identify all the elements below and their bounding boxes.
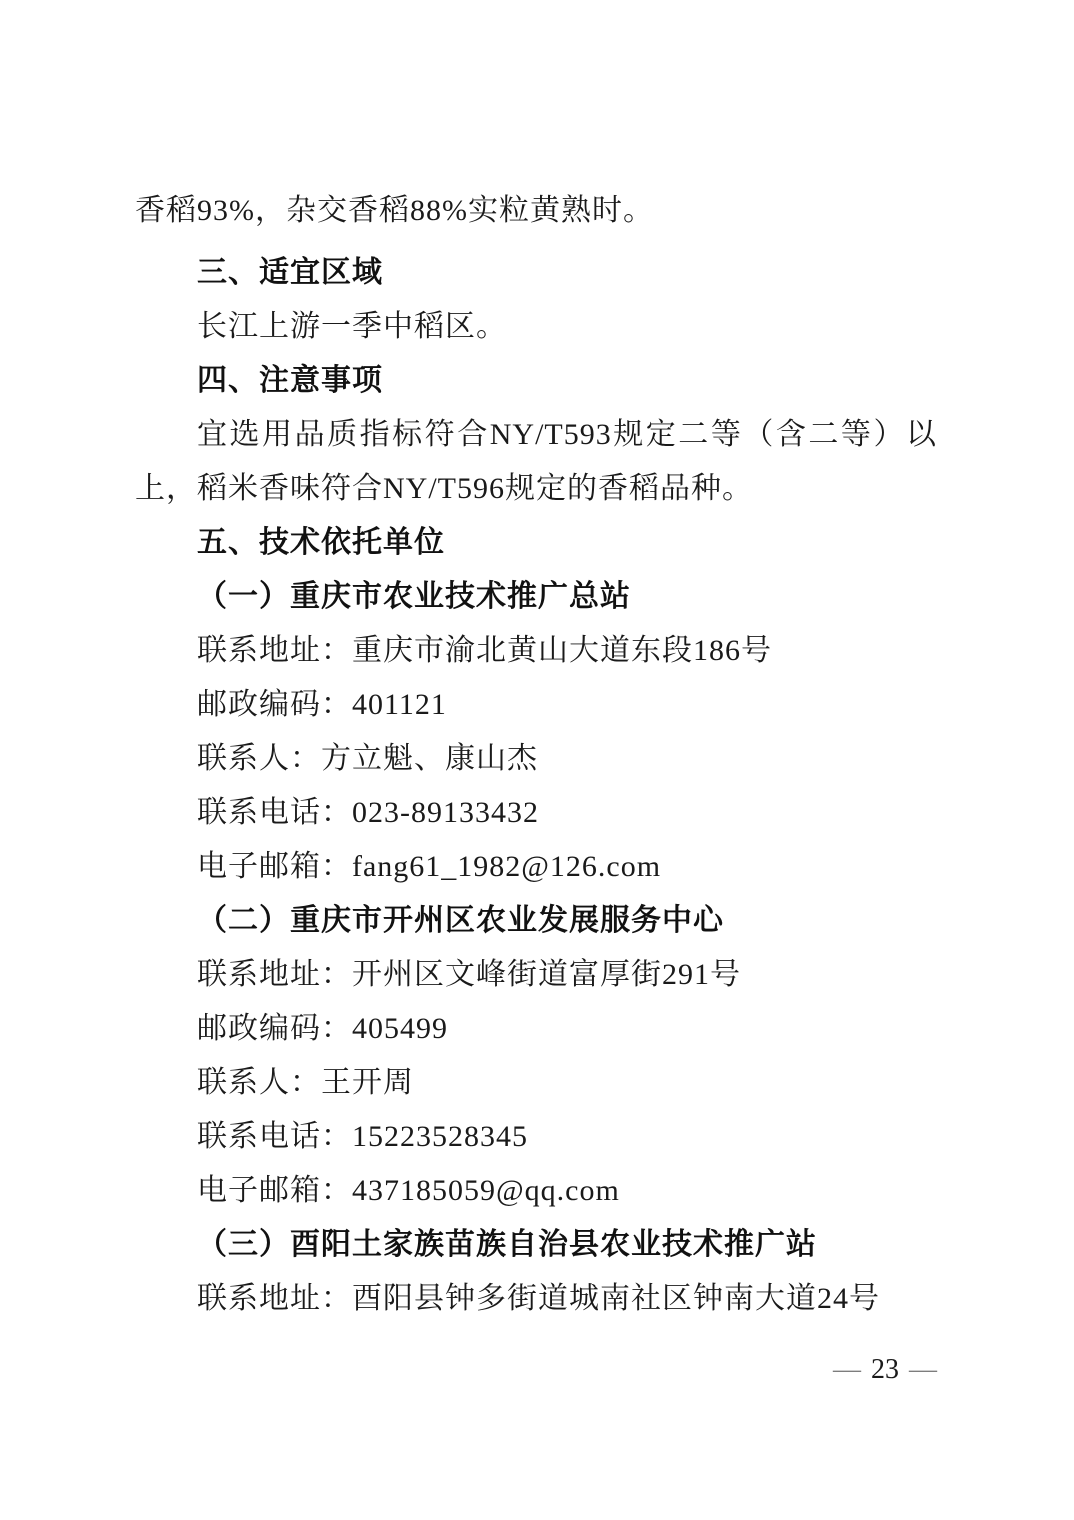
page-number: —23— [833,1350,937,1390]
unit-3-title: （三）酉阳土家族苗族自治县农业技术推广站 [135,1218,937,1272]
document-page: 香稻93%，杂交香稻88%实粒黄熟时。 三、适宜区域 长江上游一季中稻区。 四、… [0,0,1074,1520]
unit-2-postcode: 邮政编码：405499 [135,1002,937,1056]
page-number-dash-left: — [833,1354,861,1385]
heading-section-5-technical-support-units: 五、技术依托单位 [135,516,937,570]
unit-3-address: 联系地址：酉阳县钟多街道城南社区钟南大道24号 [135,1272,937,1326]
unit-2-kaizhou-agri-service-center: （二）重庆市开州区农业发展服务中心 联系地址：开州区文峰街道富厚街291号 邮政… [135,894,937,1218]
paragraph-precautions: 宜选用品质指标符合NY/T593规定二等（含二等）以上，稻米香味符合NY/T59… [135,408,937,516]
page-number-dash-right: — [909,1354,937,1385]
unit-1-chongqing-agritech-station: （一）重庆市农业技术推广总站 联系地址：重庆市渝北黄山大道东段186号 邮政编码… [135,570,937,894]
unit-2-contact-person: 联系人：王开周 [135,1056,937,1110]
unit-2-address: 联系地址：开州区文峰街道富厚街291号 [135,948,937,1002]
unit-1-contact-person: 联系人：方立魁、康山杰 [135,732,937,786]
paragraph-maturity-continuation: 香稻93%，杂交香稻88%实粒黄熟时。 [135,184,937,238]
unit-1-address: 联系地址：重庆市渝北黄山大道东段186号 [135,624,937,678]
unit-3-youyang-agritech-station: （三）酉阳土家族苗族自治县农业技术推广站 联系地址：酉阳县钟多街道城南社区钟南大… [135,1218,937,1326]
unit-1-email: 电子邮箱：fang61_1982@126.com [135,840,937,894]
unit-1-postcode: 邮政编码：401121 [135,678,937,732]
page-number-value: 23 [871,1354,899,1385]
unit-1-title: （一）重庆市农业技术推广总站 [135,570,937,624]
paragraph-suitable-regions: 长江上游一季中稻区。 [135,300,937,354]
unit-2-phone: 联系电话：15223528345 [135,1110,937,1164]
unit-2-email: 电子邮箱：437185059@qq.com [135,1164,937,1218]
heading-section-3-suitable-regions: 三、适宜区域 [135,246,937,300]
unit-2-title: （二）重庆市开州区农业发展服务中心 [135,894,937,948]
unit-1-phone: 联系电话：023-89133432 [135,786,937,840]
document-content: 香稻93%，杂交香稻88%实粒黄熟时。 三、适宜区域 长江上游一季中稻区。 四、… [135,184,937,1326]
heading-section-4-precautions: 四、注意事项 [135,354,937,408]
